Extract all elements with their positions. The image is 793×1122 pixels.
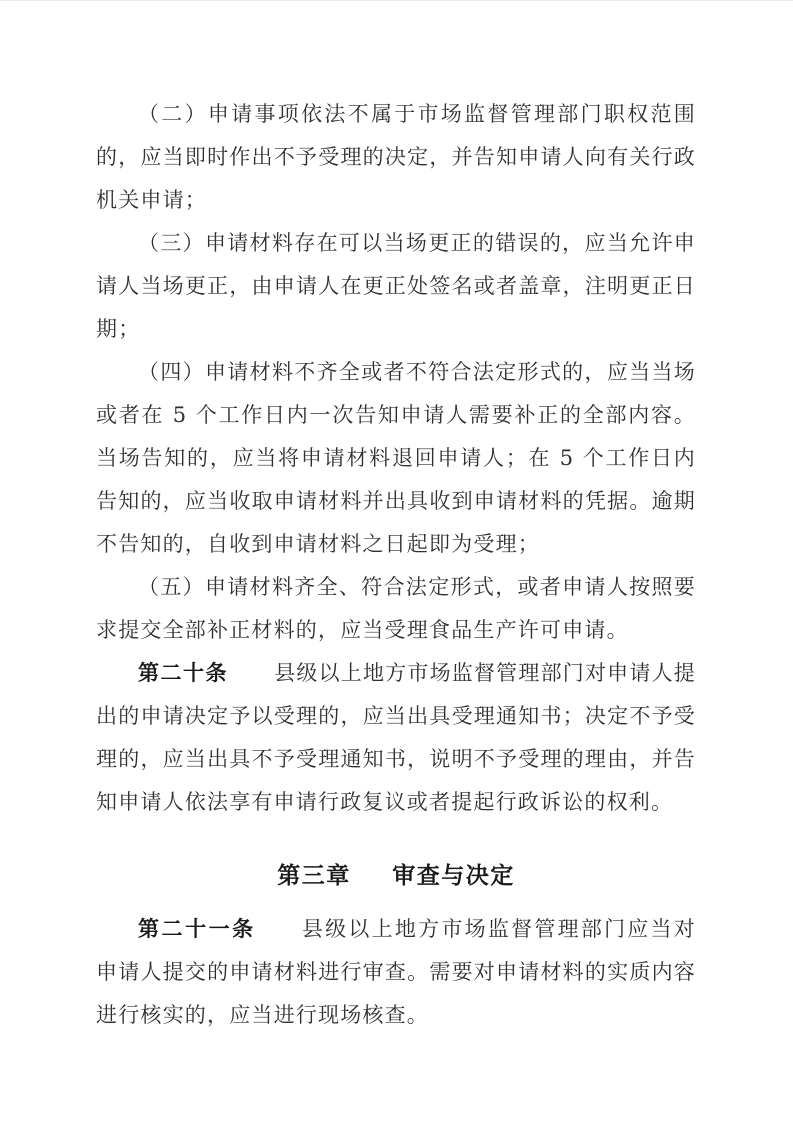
chapter-3-heading: 第三章审查与决定: [96, 855, 696, 898]
list-item-2-text: （二）申请事项依法不属于市场监督管理部门职权范围的，应当即时作出不予受理的决定，…: [96, 102, 696, 212]
list-item-3-text: （三）申请材料存在可以当场更正的错误的，应当允许申请人当场更正，由申请人在更正处…: [96, 231, 696, 341]
article-21-paragraph: 第二十一条县级以上地方市场监督管理部门应当对申请人提交的申请材料进行审查。需要对…: [96, 908, 696, 1037]
article-21-number: 第二十一条: [138, 917, 256, 941]
article-20-number: 第二十条: [138, 661, 228, 685]
list-item-4-text: （四）申请材料不齐全或者不符合法定形式的，应当当场或者在 5 个工作日内一次告知…: [96, 360, 696, 556]
article-20-paragraph: 第二十条县级以上地方市场监督管理部门对申请人提出的申请决定予以受理的，应当出具受…: [96, 652, 696, 824]
list-item-5-text: （五）申请材料齐全、符合法定形式，或者申请人按照要求提交全部补正材料的，应当受理…: [96, 575, 696, 642]
list-item-4: （四）申请材料不齐全或者不符合法定形式的，应当当场或者在 5 个工作日内一次告知…: [96, 351, 696, 566]
list-item-3: （三）申请材料存在可以当场更正的错误的，应当允许申请人当场更正，由申请人在更正处…: [96, 222, 696, 351]
list-item-5: （五）申请材料齐全、符合法定形式，或者申请人按照要求提交全部补正材料的，应当受理…: [96, 566, 696, 652]
list-item-2: （二）申请事项依法不属于市场监督管理部门职权范围的，应当即时作出不予受理的决定，…: [96, 93, 696, 222]
document-page: （二）申请事项依法不属于市场监督管理部门职权范围的，应当即时作出不予受理的决定，…: [0, 0, 793, 1122]
chapter-3-title: 审查与决定: [392, 863, 515, 889]
chapter-3-number: 第三章: [277, 863, 351, 889]
